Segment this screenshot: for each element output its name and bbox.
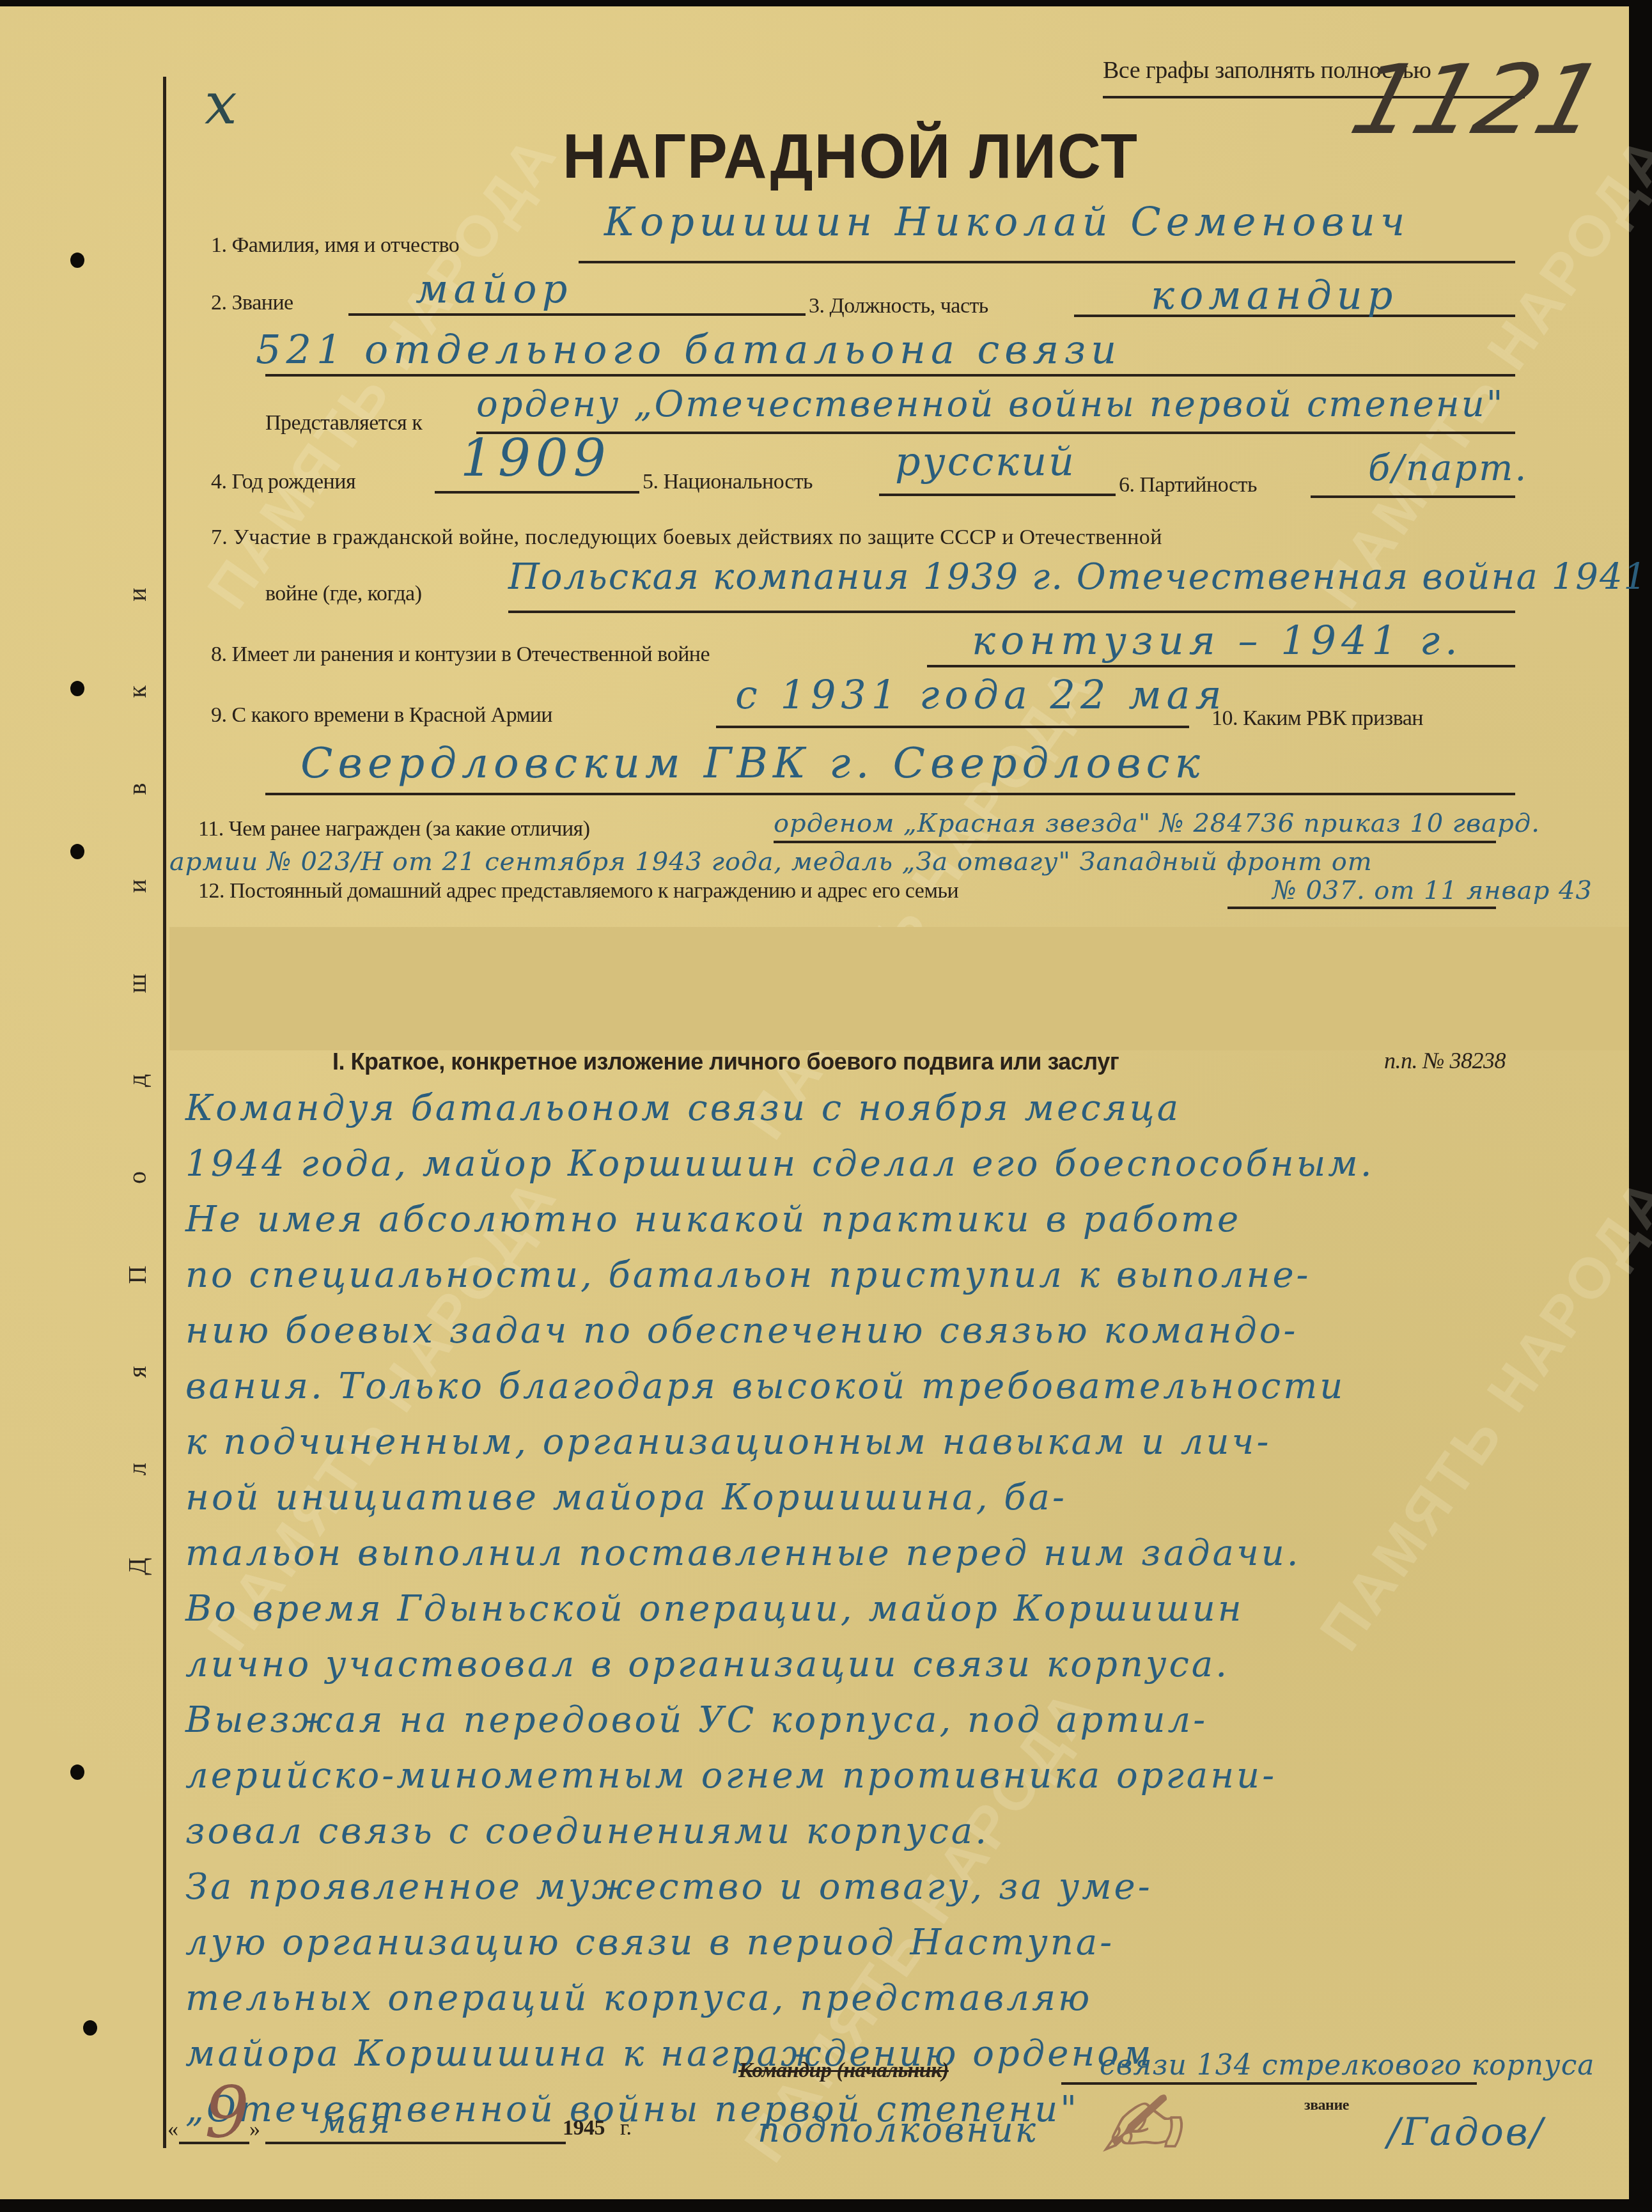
field-3-value[interactable]: командир: [1151, 272, 1398, 318]
binding-letter: и: [125, 588, 150, 601]
punch-hole: [70, 681, 84, 696]
field-6-line: [1311, 495, 1515, 498]
field-8-value[interactable]: контузия – 1941 г.: [972, 617, 1463, 664]
commander-label: Командир (начальник): [738, 2059, 949, 2083]
rank-value[interactable]: подполковник: [758, 2110, 1038, 2150]
date-month-line: [265, 2142, 566, 2144]
narrative-line: За проявленное мужество и отвагу, за уме…: [185, 1859, 1617, 1915]
narrative-line: нию боевых задач по обеспечению связью к…: [185, 1303, 1617, 1359]
narrative-line: ной инициативе майора Коршишина, ба-: [185, 1470, 1617, 1525]
date-month[interactable]: мая: [320, 2103, 392, 2140]
binding-letter: я: [125, 1366, 150, 1378]
field-5-value[interactable]: русский: [895, 438, 1076, 485]
narrative-line: Командуя батальоном связи с ноября месяц…: [185, 1080, 1617, 1136]
field-7-label-2: войне (где, когда): [265, 582, 422, 606]
field-1-value[interactable]: Коршишин Николай Семенович: [604, 198, 1410, 245]
narrative-line: вания. Только благодаря высокой требоват…: [185, 1359, 1617, 1414]
date-open-quote: «: [168, 2117, 178, 2142]
date-close-quote: »: [249, 2117, 260, 2142]
field-3-value-line2[interactable]: 521 отдельного батальона связи: [256, 326, 1121, 373]
binding-letter: д: [125, 1074, 150, 1087]
date-year: 1945: [563, 2116, 605, 2140]
narrative-line: по специальности, батальон приступил к в…: [185, 1247, 1617, 1303]
field-2-value[interactable]: майор: [416, 265, 572, 312]
field-9-line: [716, 726, 1189, 728]
field-post-number: п.п. № 38238: [1384, 1047, 1506, 1074]
narrative-line: Не имея абсолютно никакой практики в раб…: [185, 1192, 1617, 1247]
field-4-line: [435, 491, 639, 494]
field-7-value[interactable]: Польская компания 1939 г. Отечественная …: [508, 556, 1652, 598]
narrative-line: Выезжая на передовой УС корпуса, под арт…: [185, 1692, 1617, 1748]
field-5-line: [879, 494, 1116, 496]
field-11-value[interactable]: орденом „Красная звезда" № 284736 приказ…: [774, 809, 1540, 838]
field-10-label: 10. Каким РВК призван: [1212, 706, 1423, 731]
redacted-address-block: [169, 927, 1629, 1050]
watermark: ПАМЯТЬ НАРОДА: [1307, 123, 1652, 621]
rank-label: звание: [1304, 2097, 1349, 2114]
binding-letter: в: [125, 783, 150, 795]
field-10-line: [265, 793, 1515, 795]
presented-line: [476, 432, 1515, 434]
field-2-label: 2. Звание: [211, 291, 293, 315]
signer-name[interactable]: /Гадов/: [1387, 2110, 1545, 2154]
field-12-line: [1227, 907, 1496, 909]
field-11-line: [774, 841, 1496, 843]
field-11-label: 11. Чем ранее награжден (за какие отличи…: [198, 817, 590, 841]
page-title: НАГРАДНОЙ ЛИСТ: [563, 120, 1139, 192]
narrative-text: Командуя батальоном связи с ноября месяц…: [185, 1080, 1617, 2137]
field-1-label: 1. Фамилия, имя и отчество: [211, 233, 459, 258]
narrative-line: Во время Гдыньской операции, майор Корши…: [185, 1581, 1617, 1637]
narrative-line: к подчиненным, организационным навыкам и…: [185, 1414, 1617, 1470]
narrative-line: зовал связь с соединениями корпуса.: [185, 1803, 1617, 1859]
field-6-label: 6. Партийность: [1119, 473, 1257, 497]
field-3-line2: [265, 374, 1515, 377]
binding-letter: к: [125, 685, 150, 697]
binding-letter: П: [125, 1266, 150, 1284]
presented-value[interactable]: ордену „Отечественной войны первой степе…: [476, 384, 1505, 425]
field-10-value[interactable]: Свердловским ГВК г. Свердловск: [300, 738, 1205, 788]
field-3-label: 3. Должность, часть: [809, 294, 988, 318]
field-7-line: [508, 611, 1515, 613]
binding-margin-line: [163, 77, 166, 2148]
field-2-line: [348, 313, 806, 316]
narrative-line: лерийско-минометным огнем противника орг…: [185, 1748, 1617, 1803]
field-7-label: 7. Участие в гражданской войне, последую…: [211, 526, 1162, 550]
binding-letter: л: [125, 1463, 150, 1476]
field-9-value[interactable]: с 1931 года 22 мая: [735, 671, 1227, 718]
archive-number: 1121: [1341, 45, 1614, 156]
field-12-label: 12. Постоянный домашний адрес представля…: [198, 879, 958, 903]
binding-letter: ш: [125, 974, 150, 993]
field-1-line: [579, 261, 1515, 263]
field-6-value[interactable]: б/парт.: [1368, 448, 1528, 489]
punch-hole: [70, 844, 84, 859]
punch-hole: [70, 253, 84, 268]
field-8-label: 8. Имеет ли ранения и контузии в Отечест…: [211, 643, 710, 667]
field-5-label: 5. Национальность: [643, 470, 813, 494]
presented-label: Представляется к: [265, 411, 422, 435]
binding-label: Д л я П о д ш и в к и: [118, 582, 157, 1579]
date-day-line: [179, 2142, 249, 2144]
narrative-line: тельных операций корпуса, представляю: [185, 1970, 1617, 2026]
narrative-line: тальон выполнил поставленные перед ним з…: [185, 1525, 1617, 1581]
date-suffix: г.: [620, 2116, 632, 2140]
binding-letter: Д: [125, 1557, 150, 1575]
corner-check-mark: х: [205, 70, 242, 137]
binding-letter: и: [125, 879, 150, 892]
narrative-line: лую организацию связи в период Наступа-: [185, 1915, 1617, 1970]
field-9-label: 9. С какого времени в Красной Армии: [211, 703, 552, 728]
field-4-label: 4. Год рождения: [211, 470, 355, 494]
narrative-line: 1944 года, майор Коршишин сделал его бое…: [185, 1136, 1617, 1192]
punch-hole: [83, 2020, 97, 2036]
field-11-value-2[interactable]: армии № 023/Н от 21 сентября 1943 года, …: [169, 847, 1373, 876]
binding-letter: о: [125, 1171, 150, 1184]
field-4-value[interactable]: 1909: [460, 428, 611, 488]
award-sheet: ПАМЯТЬ НАРОДА ПАМЯТЬ НАРОДА ПАМЯТЬ НАРОД…: [0, 6, 1629, 2199]
field-11-value-3[interactable]: № 037. от 11 январ 43: [1272, 876, 1593, 905]
section-heading: I. Краткое, конкретное изложение личного…: [332, 1048, 1119, 1075]
punch-hole: [70, 1764, 84, 1780]
date-day[interactable]: 9: [205, 2071, 254, 2153]
narrative-line: лично участвовал в организации связи кор…: [185, 1637, 1617, 1692]
field-8-line: [927, 665, 1515, 667]
